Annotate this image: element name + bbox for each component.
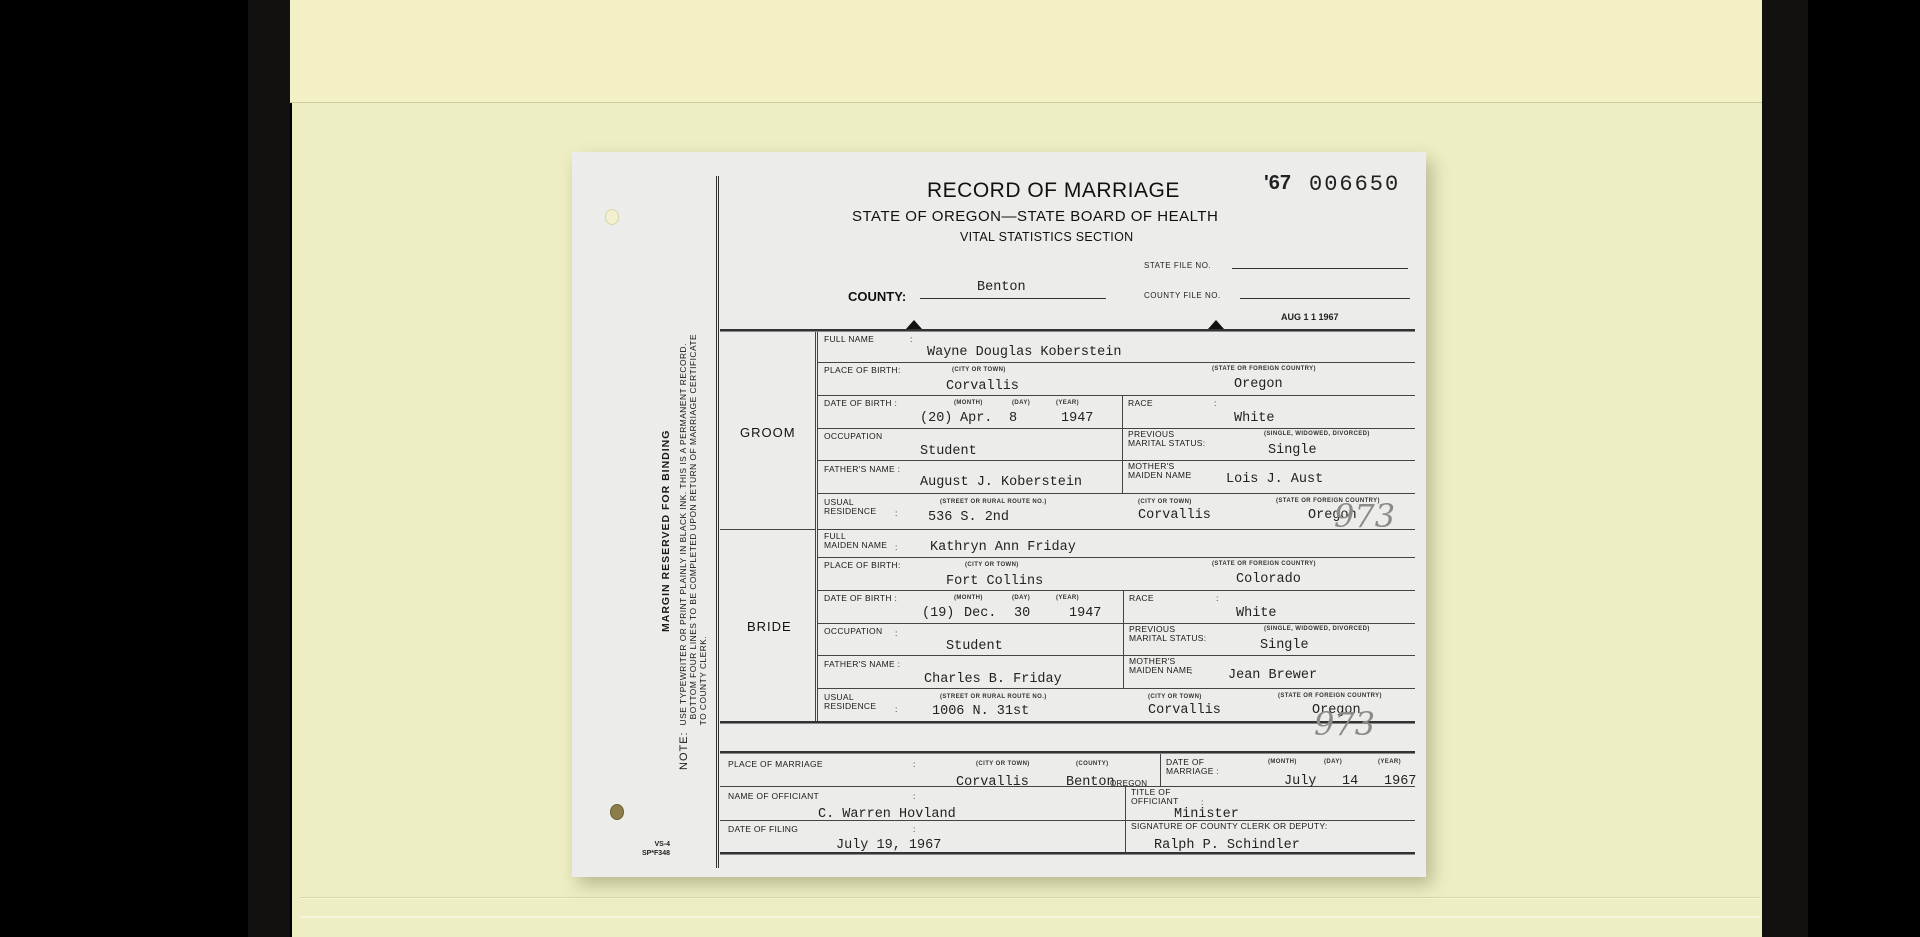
bride-full-name: Kathryn Ann Friday xyxy=(930,540,1076,555)
groom-mother: Lois J. Aust xyxy=(1226,472,1323,487)
groom-father: August J. Koberstein xyxy=(920,475,1082,490)
county-file-field[interactable] xyxy=(1240,298,1410,299)
groom-race-label: RACE xyxy=(1128,399,1153,408)
bride-place-of-birth-label: PLACE OF BIRTH: xyxy=(824,561,901,570)
groom-father-label: FATHER'S NAME : xyxy=(824,465,900,474)
colon: : xyxy=(895,705,898,714)
bride-residence-street: 1006 N. 31st xyxy=(932,704,1029,719)
form-code: VS-4 SP*F348 xyxy=(632,840,670,858)
bride-occupation-label: OCCUPATION xyxy=(824,627,882,636)
row-divider xyxy=(818,655,1415,656)
punch-hole xyxy=(610,804,624,820)
row-divider xyxy=(818,395,1415,396)
marital-options-hint: (SINGLE, WIDOWED, DIVORCED) xyxy=(1264,431,1370,437)
groom-age: (20) xyxy=(920,411,952,426)
document-subtitle: STATE OF OREGON—STATE BOARD OF HEALTH xyxy=(852,208,1218,225)
row-divider xyxy=(818,688,1415,689)
binding-margin-title: MARGIN RESERVED FOR BINDING xyxy=(660,430,672,632)
county-field[interactable] xyxy=(920,298,1106,299)
arrow-marker-icon xyxy=(1208,320,1224,329)
day-hint: (DAY) xyxy=(1012,400,1030,406)
date-of-marriage-label-2: MARRIAGE : xyxy=(1166,767,1219,776)
groom-bride-divider xyxy=(720,529,816,530)
day-hint: (DAY) xyxy=(1324,759,1342,765)
clerk-signature-label: SIGNATURE OF COUNTY CLERK OR DEPUTY: xyxy=(1131,822,1328,831)
colon: : xyxy=(1216,594,1219,603)
state-hint: (STATE OR FOREIGN COUNTRY) xyxy=(1212,366,1316,372)
bride-birth-day: 30 xyxy=(1014,606,1030,621)
bride-section-label: BRIDE xyxy=(747,619,792,634)
filing-date: July 19, 1967 xyxy=(836,838,941,853)
month-hint: (MONTH) xyxy=(954,400,983,406)
county-file-label: COUNTY FILE NO. xyxy=(1144,291,1221,300)
bride-mother-label-2: MAIDEN NAME xyxy=(1129,666,1192,675)
groom-mother-label-2: MAIDEN NAME xyxy=(1128,471,1191,480)
colon: : xyxy=(895,543,898,552)
marriage-county: Benton xyxy=(1066,775,1115,790)
note-line: TO COUNTY CLERK. xyxy=(698,334,708,726)
officiant-title: Minister xyxy=(1174,807,1239,822)
colon: : xyxy=(913,792,916,801)
note-line: BOTTOM FOUR LINES TO BE COMPLETED UPON R… xyxy=(688,334,698,726)
groom-residence-city: Corvallis xyxy=(1138,508,1211,523)
bride-residence-label: RESIDENCE xyxy=(824,702,876,711)
bride-race-label: RACE xyxy=(1129,594,1154,603)
colon: : xyxy=(910,335,913,344)
bride-marital-status: Single xyxy=(1260,638,1309,653)
city-hint: (CITY OR TOWN) xyxy=(952,367,1006,373)
groom-birth-state: Oregon xyxy=(1234,377,1283,392)
bride-maiden-name-label: MAIDEN NAME xyxy=(824,541,887,550)
punch-hole xyxy=(605,209,619,225)
row-divider xyxy=(818,557,1415,558)
street-hint: (STREET OR RURAL ROUTE NO.) xyxy=(940,499,1047,505)
row-divider xyxy=(818,362,1415,363)
year-hint: (YEAR) xyxy=(1056,595,1079,601)
colon: : xyxy=(1190,667,1193,676)
county-value: Benton xyxy=(977,280,1026,295)
colon: : xyxy=(913,760,916,769)
state-file-label: STATE FILE NO. xyxy=(1144,261,1211,270)
marriage-city: Corvallis xyxy=(956,775,1029,790)
groom-occupation-label: OCCUPATION xyxy=(824,432,882,441)
column-divider xyxy=(1160,754,1161,786)
section-rule xyxy=(720,721,1415,724)
marital-options-hint: (SINGLE, WIDOWED, DIVORCED) xyxy=(1264,626,1370,632)
bottom-rule xyxy=(720,852,1415,855)
colon: : xyxy=(1201,798,1204,807)
groom-birth-year: 1947 xyxy=(1061,411,1093,426)
bride-mother: Jean Brewer xyxy=(1228,668,1317,683)
colon: : xyxy=(1214,399,1217,408)
bride-marital-status-label: MARITAL STATUS: xyxy=(1129,634,1206,643)
margin-note: NOTE: USE TYPEWRITER OR PRINT PLAINLY IN… xyxy=(678,334,708,770)
state-hint: (STATE OR FOREIGN COUNTRY) xyxy=(1278,693,1382,699)
binding-margin-line xyxy=(716,176,719,868)
folder-crease xyxy=(300,897,1760,899)
groom-marital-status: Single xyxy=(1268,443,1317,458)
groom-birth-city: Corvallis xyxy=(946,379,1019,394)
officiant-name-label: NAME OF OFFICIANT xyxy=(728,792,819,801)
groom-race: White xyxy=(1234,411,1275,426)
marriage-month: July xyxy=(1284,774,1316,789)
groom-marital-status-label: MARITAL STATUS: xyxy=(1128,439,1205,448)
bride-race: White xyxy=(1236,606,1277,621)
column-divider xyxy=(1123,590,1124,688)
month-hint: (MONTH) xyxy=(954,595,983,601)
groom-place-of-birth-label: PLACE OF BIRTH: xyxy=(824,366,901,375)
arrow-marker-icon xyxy=(906,320,922,329)
street-hint: (STREET OR RURAL ROUTE NO.) xyxy=(940,694,1047,700)
bride-occupation: Student xyxy=(946,639,1003,654)
groom-birth-day: 8 xyxy=(1009,411,1017,426)
row-divider xyxy=(818,529,1415,530)
bride-father: Charles B. Friday xyxy=(924,672,1062,687)
section-rule xyxy=(720,751,1415,754)
folder-flap xyxy=(290,0,1762,103)
colon: : xyxy=(895,629,898,638)
bride-age: (19) xyxy=(922,606,954,621)
month-hint: (MONTH) xyxy=(1268,759,1297,765)
row-divider xyxy=(818,590,1415,591)
row-divider xyxy=(818,493,1415,494)
bride-residence-city: Corvallis xyxy=(1148,703,1221,718)
row-divider xyxy=(818,623,1415,624)
date-of-filing-label: DATE OF FILING xyxy=(728,825,798,834)
pencil-annotation: 973 xyxy=(1334,497,1395,535)
background-right-strip xyxy=(1762,0,1808,937)
bride-birth-state: Colorado xyxy=(1236,572,1301,587)
bride-dob-label: DATE OF BIRTH : xyxy=(824,594,897,603)
year-hint: (YEAR) xyxy=(1378,759,1401,765)
document-title: RECORD OF MARRIAGE xyxy=(927,179,1180,203)
form-code-vs: VS-4 xyxy=(632,840,670,849)
marriage-record-card: MARGIN RESERVED FOR BINDING NOTE: USE TY… xyxy=(572,152,1426,877)
document-section: VITAL STATISTICS SECTION xyxy=(960,230,1133,244)
row-divider xyxy=(818,460,1415,461)
form-code-sp: SP*F348 xyxy=(632,849,670,858)
colon: : xyxy=(895,509,898,518)
note-line: USE TYPEWRITER OR PRINT PLAINLY IN BLACK… xyxy=(678,334,688,726)
groom-full-name-label: FULL NAME xyxy=(824,335,874,344)
state-file-field[interactable] xyxy=(1232,268,1408,269)
bride-birth-month: Dec. xyxy=(964,606,996,621)
groom-residence-label: RESIDENCE xyxy=(824,507,876,516)
officiant-title-label-2: OFFICIANT xyxy=(1131,797,1179,806)
county-label: COUNTY: xyxy=(848,289,906,304)
header-rule xyxy=(720,329,1415,332)
state-hint: (STATE OR FOREIGN COUNTRY) xyxy=(1212,561,1316,567)
record-year: '67 xyxy=(1264,172,1291,195)
bride-birth-city: Fort Collins xyxy=(946,574,1043,589)
column-divider xyxy=(815,332,818,724)
bride-father-label: FATHER'S NAME : xyxy=(824,660,900,669)
background-left xyxy=(0,0,248,937)
column-divider xyxy=(1122,395,1123,493)
marriage-day: 14 xyxy=(1342,774,1358,789)
city-hint: (CITY OR TOWN) xyxy=(1138,499,1192,505)
marriage-year: 1967 xyxy=(1384,774,1416,789)
city-hint: (CITY OR TOWN) xyxy=(965,562,1019,568)
officiant-name: C. Warren Hovland xyxy=(818,807,956,822)
colon: : xyxy=(1189,471,1192,480)
folder-crease xyxy=(300,916,1760,918)
record-number: 006650 xyxy=(1309,172,1400,197)
clerk-signature: Ralph P. Schindler xyxy=(1154,838,1300,853)
groom-residence-street: 536 S. 2nd xyxy=(928,510,1009,525)
groom-occupation: Student xyxy=(920,444,977,459)
received-stamp: AUG 1 1 1967 xyxy=(1281,312,1339,322)
city-hint: (CITY OR TOWN) xyxy=(1148,694,1202,700)
pencil-annotation: 973 xyxy=(1314,705,1375,743)
row-divider xyxy=(818,428,1415,429)
groom-birth-month: Apr. xyxy=(960,411,992,426)
year-hint: (YEAR) xyxy=(1056,400,1079,406)
place-of-marriage-label: PLACE OF MARRIAGE xyxy=(728,760,823,769)
city-hint: (CITY OR TOWN) xyxy=(976,761,1030,767)
day-hint: (DAY) xyxy=(1012,595,1030,601)
groom-dob-label: DATE OF BIRTH : xyxy=(824,399,897,408)
background-left-strip xyxy=(248,0,290,937)
colon: : xyxy=(913,825,916,834)
bride-birth-year: 1947 xyxy=(1069,606,1101,621)
county-hint: (COUNTY) xyxy=(1076,761,1109,767)
groom-full-name: Wayne Douglas Koberstein xyxy=(927,345,1121,360)
groom-section-label: GROOM xyxy=(740,425,796,440)
note-label: NOTE: xyxy=(678,731,690,770)
